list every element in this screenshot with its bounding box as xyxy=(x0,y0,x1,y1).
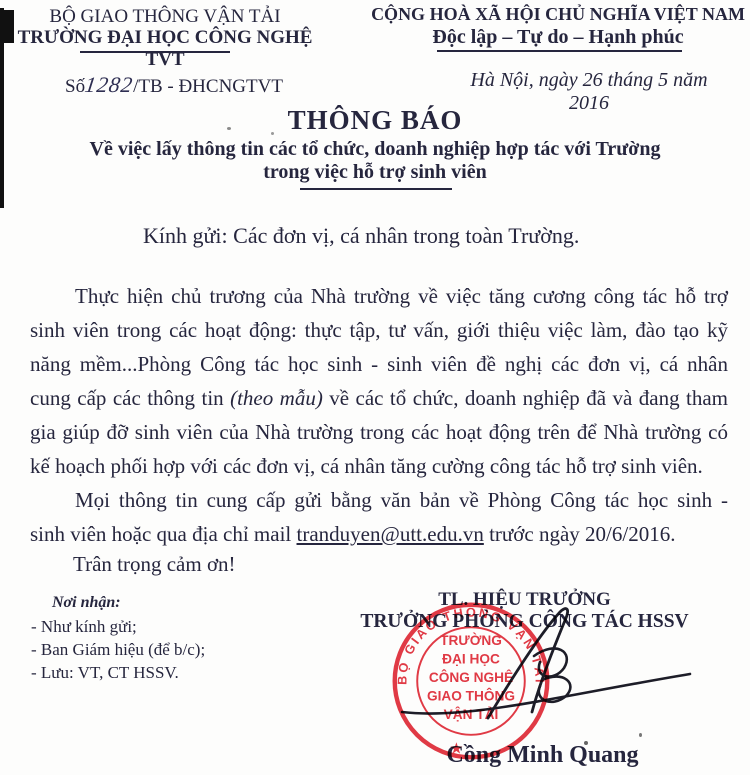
handwritten-signature xyxy=(388,596,703,736)
recipients-label: Nơi nhận: xyxy=(52,594,121,612)
p1-line4-italic-note: (theo mẫu) xyxy=(230,386,323,410)
document-number: Số1282/TB - ĐHCNGTVT xyxy=(65,72,283,98)
body-paragraph1-line: Thực hiện chủ trương của Nhà trường về v… xyxy=(30,281,728,311)
recipient-item: - Lưu: VT, CT HSSV. xyxy=(31,663,179,683)
body-paragraph1-line: năng mềm...Phòng Công tác học sinh - sin… xyxy=(30,349,728,379)
p1-line4-text: về các tổ chức, doanh nghiệp đã và đang … xyxy=(323,386,728,410)
recipient-item: - Như kính gửi; xyxy=(31,617,137,637)
p1-line4-text: cung cấp các thông tin xyxy=(30,386,230,410)
body-paragraph2-line: sinh viên hoặc qua địa chỉ mail tranduye… xyxy=(30,519,728,549)
body-paragraph1-line: cung cấp các thông tin (theo mẫu) về các… xyxy=(30,383,728,413)
document-subtitle-line2: trong việc hỗ trợ sinh viên xyxy=(0,161,750,184)
recipient-item: - Ban Giám hiệu (để b/c); xyxy=(31,640,205,660)
issuing-university: TRƯỜNG ĐẠI HỌC CÔNG NGHỆ TVT xyxy=(2,27,328,71)
body-paragraph2-line: Mọi thông tin cung cấp gửi bằng văn bản … xyxy=(30,485,728,515)
contact-email: tranduyen@utt.edu.vn xyxy=(297,522,484,546)
doc-number-handwritten: 1282 xyxy=(83,72,135,98)
national-motto-line1: CỘNG HOÀ XÃ HỘI CHỦ NGHĨA VIỆT NAM xyxy=(368,4,748,25)
signature-loops xyxy=(534,648,570,701)
p2-line2-text: trước ngày 20/6/2016. xyxy=(484,522,676,546)
scanned-document-page: BỘ GIAO THÔNG VẬN TẢI TRƯỜNG ĐẠI HỌC CÔN… xyxy=(0,0,750,775)
doc-number-prefix: Số xyxy=(65,76,85,97)
body-paragraph1-line: gia giúp đỡ sinh viên của Nhà trường tro… xyxy=(30,417,728,447)
body-paragraph1-line: kế hoạch phối hợp với các đơn vị, cá nhâ… xyxy=(30,451,728,481)
document-title: THÔNG BÁO xyxy=(0,105,750,136)
national-motto-line2: Độc lập – Tự do – Hạnh phúc xyxy=(368,26,748,49)
p2-line2-text: sinh viên hoặc qua địa chỉ mail xyxy=(30,522,297,546)
header-left-underline xyxy=(80,51,230,53)
subtitle-underline xyxy=(300,188,452,190)
document-subtitle-line1: Về việc lấy thông tin các tổ chức, doanh… xyxy=(0,138,750,161)
header-right-underline xyxy=(437,50,682,52)
body-paragraph1-line: sinh viên trong các hoạt động: thực tập,… xyxy=(30,315,728,345)
issuing-ministry: BỘ GIAO THÔNG VẬN TẢI xyxy=(10,6,320,28)
closing-line: Trân trọng cảm ơn! xyxy=(73,552,236,577)
signature-long-stroke xyxy=(402,674,690,714)
doc-number-suffix: /TB - ĐHCNGTVT xyxy=(133,76,283,97)
stamp-star-icon: ★ xyxy=(449,740,463,757)
salutation-line: Kính gửi: Các đơn vị, cá nhân trong toàn… xyxy=(143,223,579,249)
